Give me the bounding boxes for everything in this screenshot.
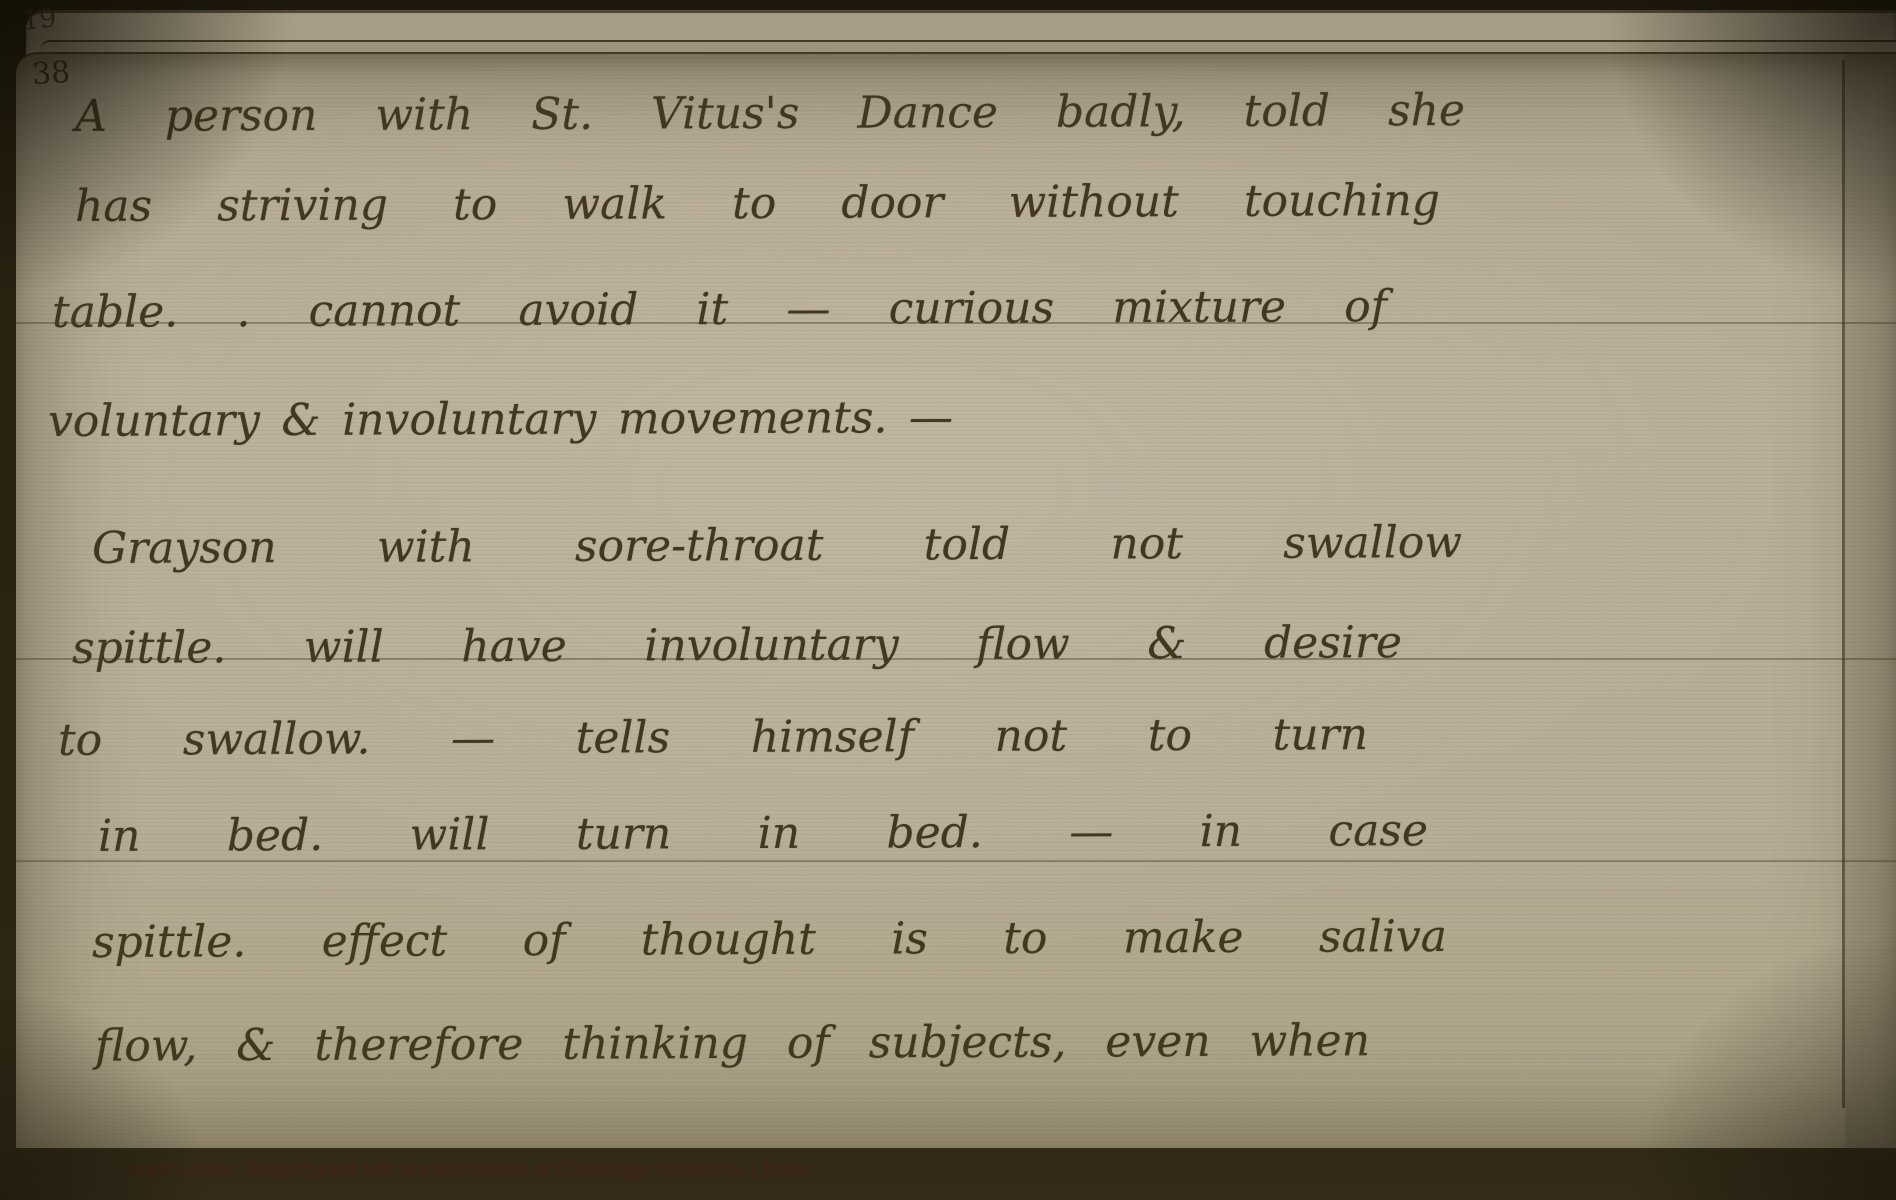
manuscript-line: flow, & therefore thinking of subjects, … [95,1013,1370,1074]
manuscript-line: has striving to walk to door without tou… [75,173,1440,234]
manuscript-line: table. . cannot avoid it — curious mixtu… [52,279,1387,340]
handwriting-layer: 19 38 A person with St. Vitus's Dance ba… [0,0,1896,1200]
previous-page-number: 19 [20,2,57,36]
manuscript-line: spittle. will have involuntary flow & de… [72,615,1402,676]
archive-attribution-caption: arwin Online: Reproduced with the permis… [128,1160,810,1182]
manuscript-line: spittle. effect of thought is to make sa… [92,909,1447,970]
manuscript-line: Grayson with sore-throat told not swallo… [92,515,1462,576]
manuscript-line: voluntary & involuntary movements. — [48,390,953,449]
page-number: 38 [31,55,72,93]
manuscript-line: A person with St. Vitus's Dance badly, t… [75,83,1465,144]
manuscript-line: to swallow. — tells himself not to turn [58,707,1368,768]
manuscript-line: in bed. will turn in bed. — in case [98,803,1428,864]
